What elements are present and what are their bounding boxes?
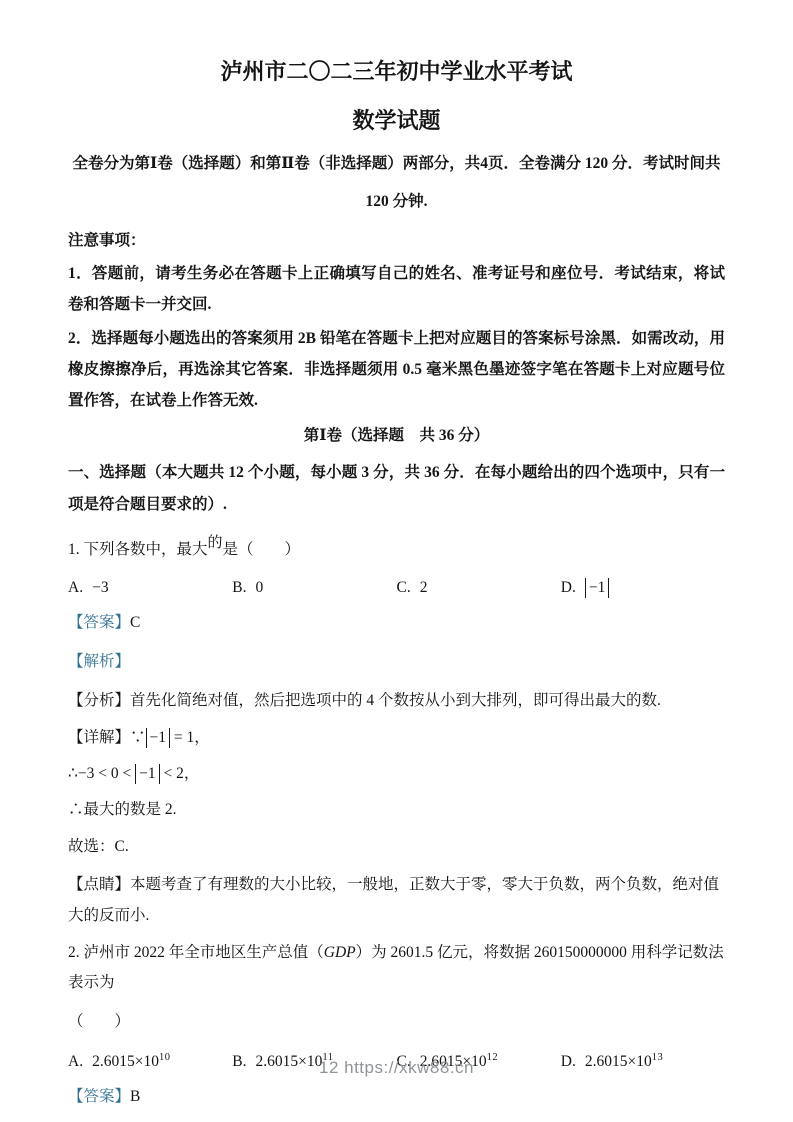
question-1-stem-tail: 是（ ） [223, 541, 301, 558]
question-1-answer: 【答案】C [68, 607, 725, 638]
question-1-stem-superscript: 的 [208, 535, 223, 551]
option-label: C. [397, 579, 411, 596]
analysis-label: 【分析】 [68, 692, 130, 709]
exam-intro: 全卷分为第Ⅰ卷（选择题）和第Ⅱ卷（非选择题）两部分，共4页．全卷满分 120 分… [68, 145, 725, 221]
option-value: 2 [420, 579, 428, 596]
answer-label: 【答案】 [68, 614, 130, 631]
notes-item-1: 1．答题前，请考生务必在答题卡上正确填写自己的姓名、准考证号和座位号．考试结束，… [68, 258, 725, 320]
question-1-explanation-heading: 【解析】 [68, 646, 725, 677]
question-1-detail: 【详解】∵−1 = 1， [68, 723, 725, 753]
option-label: A. [68, 579, 83, 596]
question-2-stem: 2. 泸州市 2022 年全市地区生产总值（GDP）为 2601.5 亿元，将数… [68, 938, 725, 998]
math-text: = 1， [170, 729, 210, 746]
exam-page: 泸州市二〇二三年初中学业水平考试 数学试题 全卷分为第Ⅰ卷（选择题）和第Ⅱ卷（非… [0, 0, 793, 1122]
question-2: 2. 泸州市 2022 年全市地区生产总值（GDP）为 2601.5 亿元，将数… [68, 938, 725, 1112]
question-1-options: A.−3 B.0 C.2 D.−1 [68, 573, 725, 603]
question-2-stem-text: 2. 泸州市 2022 年全市地区生产总值（ [68, 944, 324, 961]
answer-value: C [130, 614, 140, 631]
question-1-step-2: ∴−3 < 0 < −1 < 2， [68, 759, 725, 789]
question-2-answer: 【答案】B [68, 1081, 725, 1112]
absolute-value-expression: −1 [135, 764, 160, 784]
question-1-stem: 1. 下列各数中，最大的是（ ） [68, 535, 725, 565]
question-1-remark: 【点睛】本题考查了有理数的大小比较，一般地，正数大于零，零大于负数，两个负数，绝… [68, 869, 725, 931]
notes-heading: 注意事项： [68, 225, 725, 256]
question-1-option-b: B.0 [232, 573, 396, 603]
option-label: D. [561, 579, 576, 596]
remark-text: 本题考查了有理数的大小比较，一般地，正数大于零，零大于负数，两个负数，绝对值大的… [68, 876, 719, 924]
option-value: −3 [92, 579, 109, 596]
analysis-text: 首先化简绝对值，然后把选项中的 4 个数按从小到大排列，即可得出最大的数. [130, 692, 661, 709]
answer-label: 【答案】 [68, 1088, 130, 1105]
question-1-option-a: A.−3 [68, 573, 232, 603]
page-footer: 12 https://xkw88.cn [0, 1058, 793, 1078]
question-1-step-3: ∴最大的数是 2. [68, 795, 725, 825]
math-text: ∵ [130, 729, 146, 746]
math-text: < 2， [160, 765, 200, 782]
question-1-stem-text: 1. 下列各数中，最大 [68, 541, 208, 558]
section-1-heading: 第Ⅰ卷（选择题 共 36 分） [68, 420, 725, 451]
explanation-label: 【解析】 [68, 653, 130, 670]
option-label: B. [232, 579, 246, 596]
absolute-value-expression: −1 [146, 728, 171, 748]
question-1: 1. 下列各数中，最大的是（ ） A.−3 B.0 C.2 D.−1 【答案】C… [68, 535, 725, 931]
detail-label: 【详解】 [68, 729, 130, 746]
exam-subtitle: 数学试题 [68, 107, 725, 135]
notes-item-2: 2．选择题每小题选出的答案须用 2B 铅笔在答题卡上把对应题目的答案标号涂黑．如… [68, 323, 725, 416]
absolute-value-expression: −1 [585, 578, 610, 598]
question-1-analysis: 【分析】首先化简绝对值，然后把选项中的 4 个数按从小到大排列，即可得出最大的数… [68, 685, 725, 716]
question-2-stem-parens: （ ） [68, 1006, 725, 1037]
option-value: 0 [255, 579, 263, 596]
section-1-instruction: 一、选择题（本大题共 12 个小题，每小题 3 分，共 36 分．在每小题给出的… [68, 457, 725, 521]
gdp-variable: GDP [324, 944, 356, 961]
exam-title: 泸州市二〇二三年初中学业水平考试 [68, 58, 725, 86]
remark-label: 【点睛】 [68, 876, 130, 893]
question-1-conclusion: 故选：C. [68, 831, 725, 862]
math-text: ∴−3 < 0 < [68, 765, 135, 782]
question-1-option-d: D.−1 [561, 573, 725, 603]
question-1-option-c: C.2 [397, 573, 561, 603]
answer-value: B [130, 1088, 140, 1105]
